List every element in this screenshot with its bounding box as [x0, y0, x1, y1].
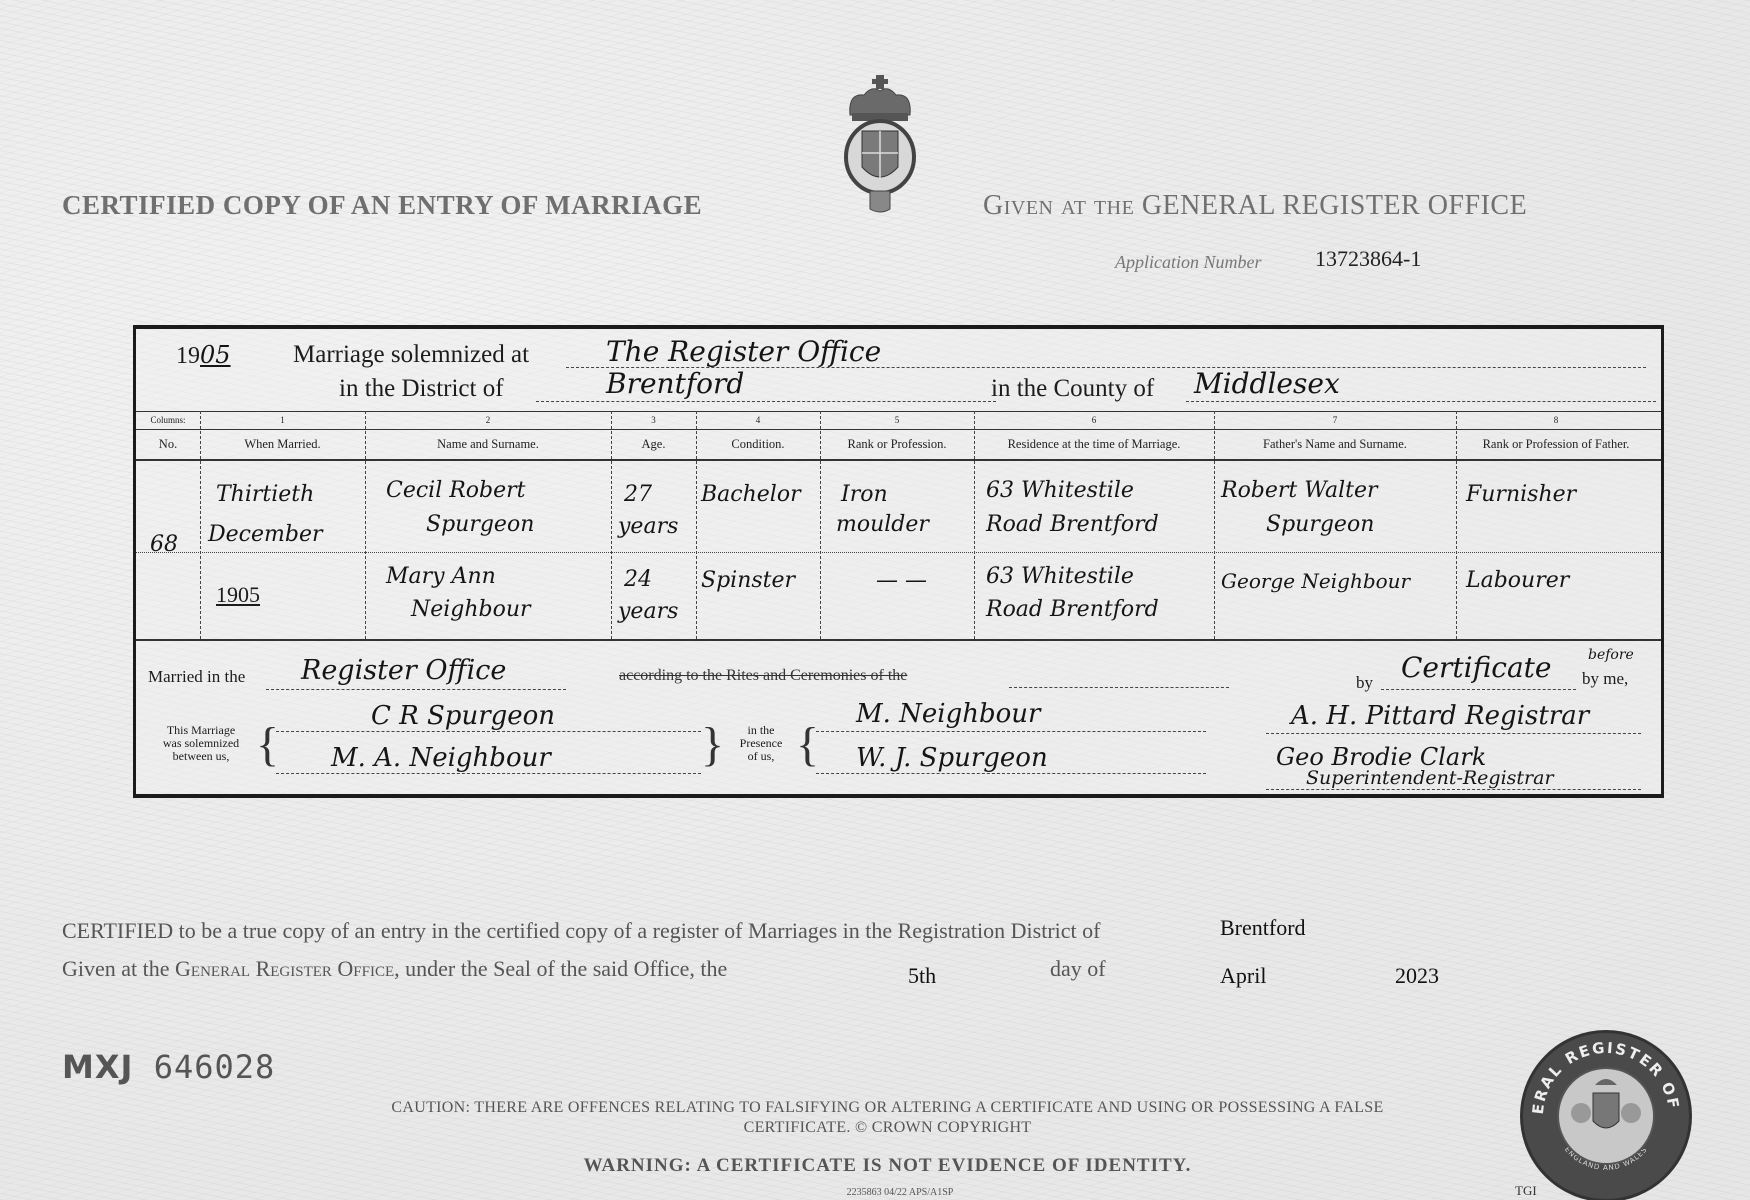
office-title-main: GENERAL REGISTER OFFICE — [1142, 190, 1527, 221]
when-married-month: December — [208, 519, 322, 551]
certified-day: 5th — [908, 963, 936, 989]
bride-father-profession: Labourer — [1466, 565, 1569, 597]
column-number: 7 — [1214, 415, 1456, 425]
certified-year: 2023 — [1395, 963, 1439, 989]
solemnized-at-value: The Register Office — [606, 335, 881, 368]
certification-text: CERTIFIED to be a true copy of an entry … — [62, 918, 1100, 943]
royal-crest-icon — [840, 75, 920, 215]
witness-1-signature: M. Neighbour — [856, 699, 1040, 729]
bride-age: 24 — [624, 564, 652, 596]
by-label: by — [1356, 673, 1373, 693]
bride-residence-line1: 63 Whitestile — [986, 561, 1134, 593]
groom-father-line2: Spurgeon — [1266, 509, 1374, 541]
groom-residence-line2: Road Brentford — [986, 509, 1159, 541]
column-number: 8 — [1456, 415, 1656, 425]
office-title: Given at the GENERAL REGISTER OFFICE — [983, 190, 1527, 222]
presence-brace-icon: { — [796, 717, 819, 772]
bride-residence-line2: Road Brentford — [986, 594, 1159, 626]
between-label-line: between us, — [146, 750, 256, 763]
certified-district: Brentford — [1220, 915, 1306, 941]
solemnized-label: Marriage solemnized at — [293, 341, 529, 369]
header-no: No. — [136, 437, 200, 452]
identity-warning: WARNING: A CERTIFICATE IS NOT EVIDENCE O… — [350, 1155, 1425, 1177]
column-number: 3 — [611, 415, 696, 425]
witness-2-signature: W. J. Spurgeon — [856, 743, 1048, 773]
year-suffix: 05 — [200, 341, 231, 369]
bride-name-line2: Neighbour — [411, 594, 531, 626]
general-register-office-seal-icon: GENERAL REGISTER OFFICE ENGLAND AND WALE… — [1520, 1030, 1692, 1200]
groom-condition: Bachelor — [701, 479, 801, 511]
header-father-name: Father's Name and Surname. — [1214, 437, 1456, 452]
bride-age-unit: years — [618, 596, 678, 628]
groom-age: 27 — [624, 479, 652, 511]
bride-name-line1: Mary Ann — [386, 561, 496, 593]
registrar-signature: A. H. Pittard Registrar — [1291, 701, 1589, 731]
form-code: 2235863 04/22 APS/A1SP — [700, 1187, 1100, 1198]
groom-father-line1: Robert Walter — [1221, 475, 1378, 507]
certification-line-2: Given at the General Register Office, un… — [62, 956, 727, 982]
by-me-label: by me, — [1582, 669, 1628, 689]
between-us-label: This Marriage was solemnized between us, — [146, 724, 256, 763]
certificate-serial: MXJ 646028 — [62, 1048, 275, 1086]
married-in-value: Register Office — [301, 655, 506, 686]
bride-profession: — — — [876, 565, 927, 597]
district-label: in the District of — [339, 375, 504, 403]
header-name: Name and Surname. — [365, 437, 611, 452]
county-value: Middlesex — [1194, 367, 1340, 400]
header-father-profession: Rank or Profession of Father. — [1456, 437, 1656, 452]
certified-month: April — [1220, 963, 1266, 989]
header-condition: Condition. — [696, 437, 820, 452]
line2-prefix: Given at the — [62, 956, 170, 981]
column-number: 6 — [974, 415, 1214, 425]
register-entry: 1905 Marriage solemnized at The Register… — [133, 325, 1664, 798]
line2-suffix: , under the Seal of the said Office, the — [394, 956, 727, 981]
header-when-married: When Married. — [200, 437, 365, 452]
bride-father: George Neighbour — [1221, 565, 1410, 597]
presence-label: in the Presence of us, — [726, 724, 796, 763]
application-number: 13723864-1 — [1315, 246, 1421, 272]
bride-condition: Spinster — [701, 565, 795, 597]
header-residence: Residence at the time of Marriage. — [974, 437, 1214, 452]
caution-notice: CAUTION: THERE ARE OFFENCES RELATING TO … — [350, 1098, 1425, 1138]
superintendent-title: Superintendent-Registrar — [1306, 767, 1554, 789]
serial-number: 646028 — [154, 1048, 276, 1086]
header-age: Age. — [611, 437, 696, 452]
column-number: 4 — [696, 415, 820, 425]
married-in-label: Married in the — [148, 667, 245, 687]
groom-signature: C R Spurgeon — [371, 701, 555, 731]
groom-residence-line1: 63 Whitestile — [986, 475, 1134, 507]
district-value: Brentford — [606, 367, 744, 400]
line2-office: General Register Office — [175, 956, 394, 981]
groom-father-profession: Furnisher — [1466, 479, 1576, 511]
groom-age-unit: years — [618, 511, 678, 543]
groom-name-line2: Spurgeon — [426, 509, 534, 541]
column-number: 5 — [820, 415, 974, 425]
serial-letters: MXJ — [62, 1048, 133, 1086]
county-label: in the County of — [991, 375, 1154, 403]
column-number: 2 — [365, 415, 611, 425]
entry-number: 68 — [150, 529, 178, 561]
column-number: 1 — [200, 415, 365, 425]
groom-name-line1: Cecil Robert — [386, 475, 526, 507]
application-number-label: Application Number — [1115, 252, 1262, 273]
header-profession: Rank or Profession. — [820, 437, 974, 452]
year-field: 1905 — [176, 341, 231, 370]
certification-line-1: CERTIFIED to be a true copy of an entry … — [62, 918, 1100, 944]
groom-profession-line1: Iron — [841, 479, 888, 511]
year-prefix: 19 — [176, 343, 200, 369]
by-value: Certificate — [1401, 651, 1551, 684]
when-married-day: Thirtieth — [216, 479, 314, 511]
certificate-title: CERTIFIED COPY OF AN ENTRY OF MARRIAGE — [62, 190, 702, 221]
right-brace-icon: } — [701, 717, 724, 772]
bride-signature: M. A. Neighbour — [331, 743, 551, 773]
presence-label-line: of us, — [726, 750, 796, 763]
columns-label: Columns: — [136, 415, 200, 425]
before-annotation: before — [1588, 647, 1634, 663]
when-married-year: 1905 — [216, 579, 260, 611]
left-brace-icon: { — [256, 717, 279, 772]
groom-profession-line2: moulder — [836, 509, 929, 541]
office-title-prefix: Given at the — [983, 190, 1134, 221]
rites-label: according to the Rites and Ceremonies of… — [619, 667, 907, 685]
day-of-label: day of — [1050, 956, 1106, 982]
